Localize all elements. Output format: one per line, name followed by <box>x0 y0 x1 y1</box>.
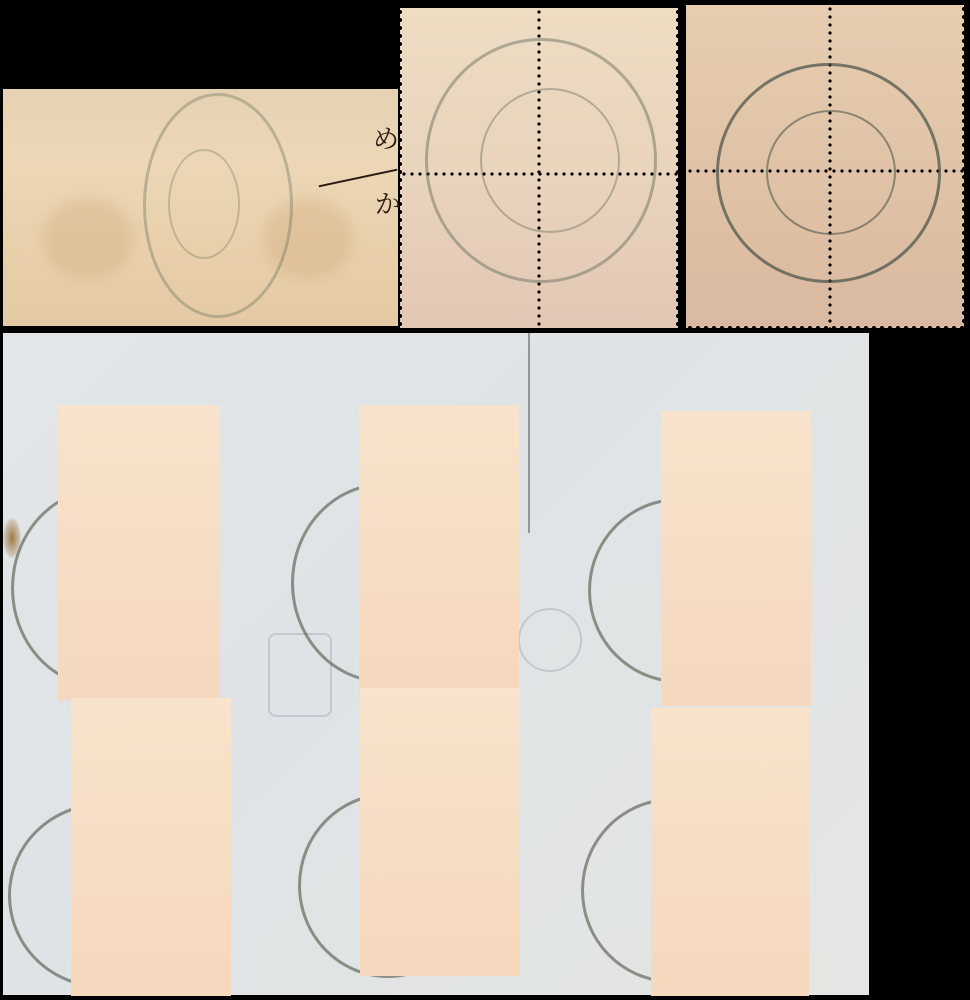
block-of-four-right <box>686 5 964 328</box>
stamp-fragment: め か <box>3 89 398 326</box>
postmark-inner-ring <box>168 149 240 259</box>
perforated-edge <box>686 326 964 330</box>
postmark-inner-ring <box>766 110 896 235</box>
perforated-edge <box>398 8 402 328</box>
stain <box>43 199 133 279</box>
hinge-remnant <box>359 405 519 697</box>
hinge-remnant <box>360 688 520 976</box>
perforated-edge <box>676 8 680 328</box>
photo-stage: め か <box>0 0 970 1000</box>
postmark-inner-ring <box>480 88 620 233</box>
perforated-edge <box>962 5 966 328</box>
cut-line <box>528 333 530 533</box>
souvenir-sheet <box>3 333 869 995</box>
hinge-remnant <box>58 405 220 700</box>
faint-mark <box>518 608 582 672</box>
hinge-remnant <box>661 411 811 706</box>
handwriting-me: め <box>373 119 399 156</box>
hinge-remnant <box>71 698 231 996</box>
hinge-remnant <box>651 708 809 996</box>
block-of-four-left <box>400 8 678 328</box>
